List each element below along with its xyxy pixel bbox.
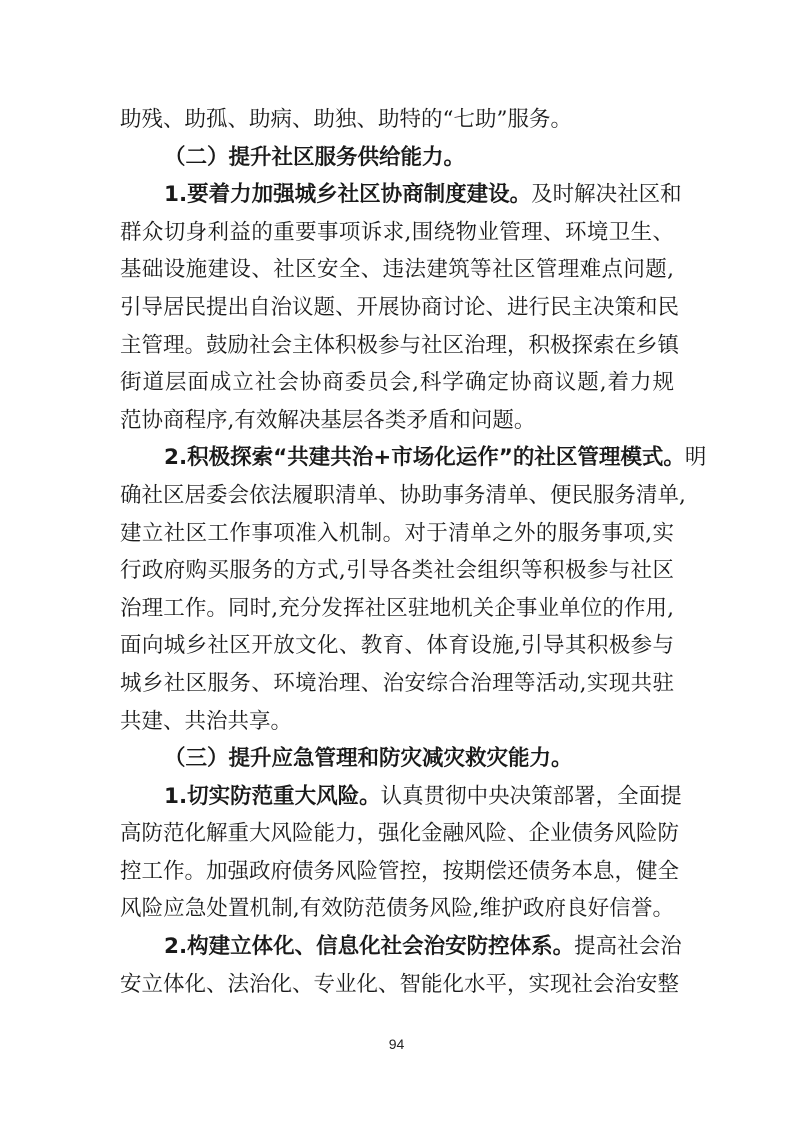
paragraph-line: 安立体化、法治化、专业化、智能化水平，实现社会治安整	[120, 966, 674, 1004]
paragraph-line: 城乡社区服务、环境治理、治安综合治理等活动,实现共驻	[120, 665, 674, 703]
paragraph-line: 控工作。加强政府债务风险管控，按期偿还债务本息，健全	[120, 853, 674, 891]
paragraph-text: 提高社会治	[574, 934, 682, 959]
item-title: 1.切实防范重大风险。	[164, 784, 381, 809]
paragraph-line: 确社区居委会依法履职清单、协助事务清单、便民服务清单,	[120, 477, 674, 515]
paragraph-lead-line: 2.积极探索“共建共治+市场化运作”的社区管理模式。明	[120, 439, 674, 477]
paragraph-text: 及时解决社区和	[531, 182, 682, 207]
section-heading-3: （三）提升应急管理和防灾减灾救灾能力。	[120, 740, 674, 778]
item-title: 1.要着力加强城乡社区协商制度建设。	[164, 182, 531, 207]
paragraph-line: 范协商程序,有效解决基层各类矛盾和问题。	[120, 402, 674, 440]
paragraph-lead-line: 1.要着力加强城乡社区协商制度建设。及时解决社区和	[120, 176, 674, 214]
document-page: 助残、助孤、助病、助独、助特的“七助”服务。 （二）提升社区服务供给能力。 1.…	[120, 101, 674, 1003]
paragraph-line: 行政府购买服务的方式,引导各类社会组织等积极参与社区	[120, 552, 674, 590]
paragraph-line: 共建、共治共享。	[120, 703, 674, 741]
paragraph-line: 助残、助孤、助病、助独、助特的“七助”服务。	[120, 101, 674, 139]
paragraph-line: 面向城乡社区开放文化、教育、体育设施,引导其积极参与	[120, 627, 674, 665]
paragraph-line: 主管理。鼓励社会主体积极参与社区治理，积极探索在乡镇	[120, 327, 674, 365]
paragraph-line: 治理工作。同时,充分发挥社区驻地机关企事业单位的作用,	[120, 590, 674, 628]
paragraph-lead-line: 2.构建立体化、信息化社会治安防控体系。提高社会治	[120, 928, 674, 966]
item-title: 2.积极探索“共建共治+市场化运作”的社区管理模式。	[164, 445, 685, 470]
paragraph-line: 街道层面成立社会协商委员会,科学确定协商议题,着力规	[120, 364, 674, 402]
section-heading-2: （二）提升社区服务供给能力。	[120, 139, 674, 177]
paragraph-line: 引导居民提出自治议题、开展协商讨论、进行民主决策和民	[120, 289, 674, 327]
paragraph-line: 基础设施建设、社区安全、违法建筑等社区管理难点问题,	[120, 251, 674, 289]
paragraph-line: 高防范化解重大风险能力，强化金融风险、企业债务风险防	[120, 815, 674, 853]
page-number: 94	[0, 1036, 793, 1052]
paragraph-text: 明	[685, 445, 707, 470]
paragraph-text: 认真贯彻中央决策部署，全面提	[381, 784, 682, 809]
item-title: 2.构建立体化、信息化社会治安防控体系。	[164, 934, 574, 959]
paragraph-lead-line: 1.切实防范重大风险。认真贯彻中央决策部署，全面提	[120, 778, 674, 816]
paragraph-line: 群众切身利益的重要事项诉求,围绕物业管理、环境卫生、	[120, 214, 674, 252]
paragraph-line: 建立社区工作事项准入机制。对于清单之外的服务事项,实	[120, 515, 674, 553]
paragraph-line: 风险应急处置机制,有效防范债务风险,维护政府良好信誉。	[120, 890, 674, 928]
